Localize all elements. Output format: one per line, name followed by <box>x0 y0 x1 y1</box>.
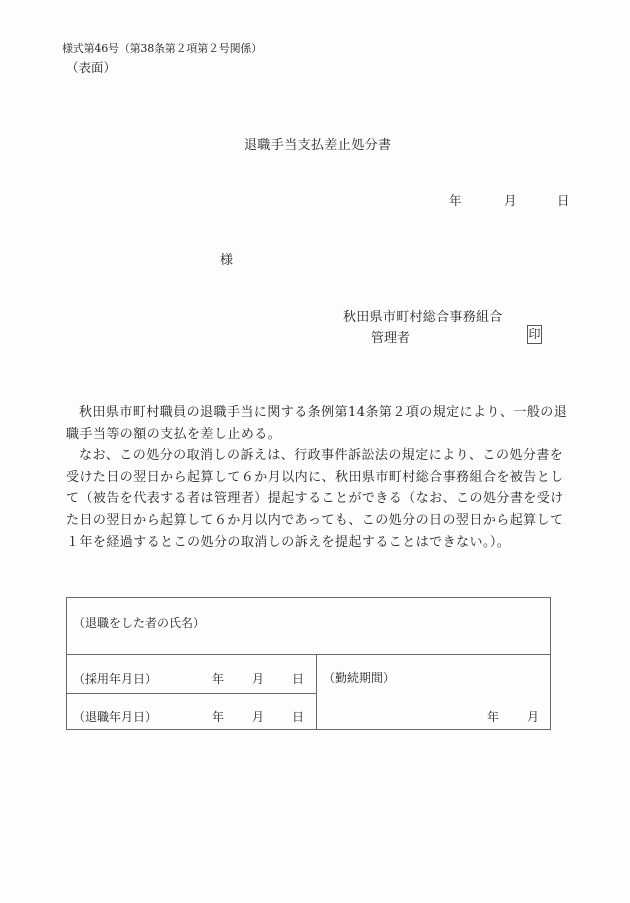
service-period-label: （勤続期間） <box>323 669 395 686</box>
hire-date-value: 年 月 日 <box>212 670 304 687</box>
date-month-label: 月 <box>504 191 557 209</box>
body-paragraph2-line1: なお、この処分の取消しの訴えは、行政事件訴訟法の規定により、この処分書を <box>66 445 572 467</box>
retiree-name-label: （退職をした者の氏名） <box>73 614 205 631</box>
service-month-label: 月 <box>527 708 539 725</box>
body-paragraph2-line5: １年を経過するとこの処分の取消しの訴えを提起することはできない。）。 <box>66 532 572 554</box>
side-label: （表面） <box>66 58 116 76</box>
table-vertical-divider <box>316 655 317 729</box>
service-period-value: 年 月 <box>487 708 539 725</box>
document-title: 退職手当支払差止処分書 <box>244 134 391 153</box>
body-paragraph2-line2: 受けた日の翌日から起算して６か月以内に、秋田県市町村総合事務組合を被告とし <box>66 467 572 489</box>
addressee-suffix: 様 <box>220 249 233 268</box>
retirement-date-value: 年 月 日 <box>212 708 304 725</box>
date-year-label: 年 <box>449 191 504 209</box>
retirement-day-label: 日 <box>292 708 304 725</box>
body-paragraph2-line4: た日の翌日から起算して６か月以内であっても、この処分の日の翌日から起算して <box>66 510 572 532</box>
body-paragraph1-line2: 職手当等の額の支払を差し止める。 <box>66 424 572 446</box>
retirement-year-label: 年 <box>212 708 252 725</box>
retirement-month-label: 月 <box>252 708 292 725</box>
issue-date: 年 月 日 <box>449 191 570 209</box>
seal-box: 印 <box>527 325 542 344</box>
issuer-organization: 秋田県市町村総合事務組合 <box>343 306 503 325</box>
form-number: 様式第46号（第38条第２項第２号関係） <box>62 40 262 56</box>
retiree-info-table: （退職をした者の氏名） （採用年月日） 年 月 日 （退職年月日） 年 月 日 … <box>66 597 551 730</box>
body-paragraph2-line3: て（被告を代表する者は管理者）提起することができる（なお、この処分書を受け <box>66 488 572 510</box>
hire-day-label: 日 <box>292 670 304 687</box>
service-year-label: 年 <box>487 708 527 725</box>
body-text: 秋田県市町村職員の退職手当に関する条例第14条第２項の規定により、一般の退 職手… <box>66 402 572 553</box>
body-paragraph1-line1: 秋田県市町村職員の退職手当に関する条例第14条第２項の規定により、一般の退 <box>66 402 572 424</box>
retiree-name-row: （退職をした者の氏名） <box>67 598 550 655</box>
issuer-title: 管理者 <box>371 327 410 346</box>
date-day-label: 日 <box>557 191 570 209</box>
hire-month-label: 月 <box>252 670 292 687</box>
retirement-date-label: （退職年月日） <box>73 708 157 725</box>
table-horizontal-divider <box>67 693 316 694</box>
hire-date-label: （採用年月日） <box>73 670 157 687</box>
hire-year-label: 年 <box>212 670 252 687</box>
